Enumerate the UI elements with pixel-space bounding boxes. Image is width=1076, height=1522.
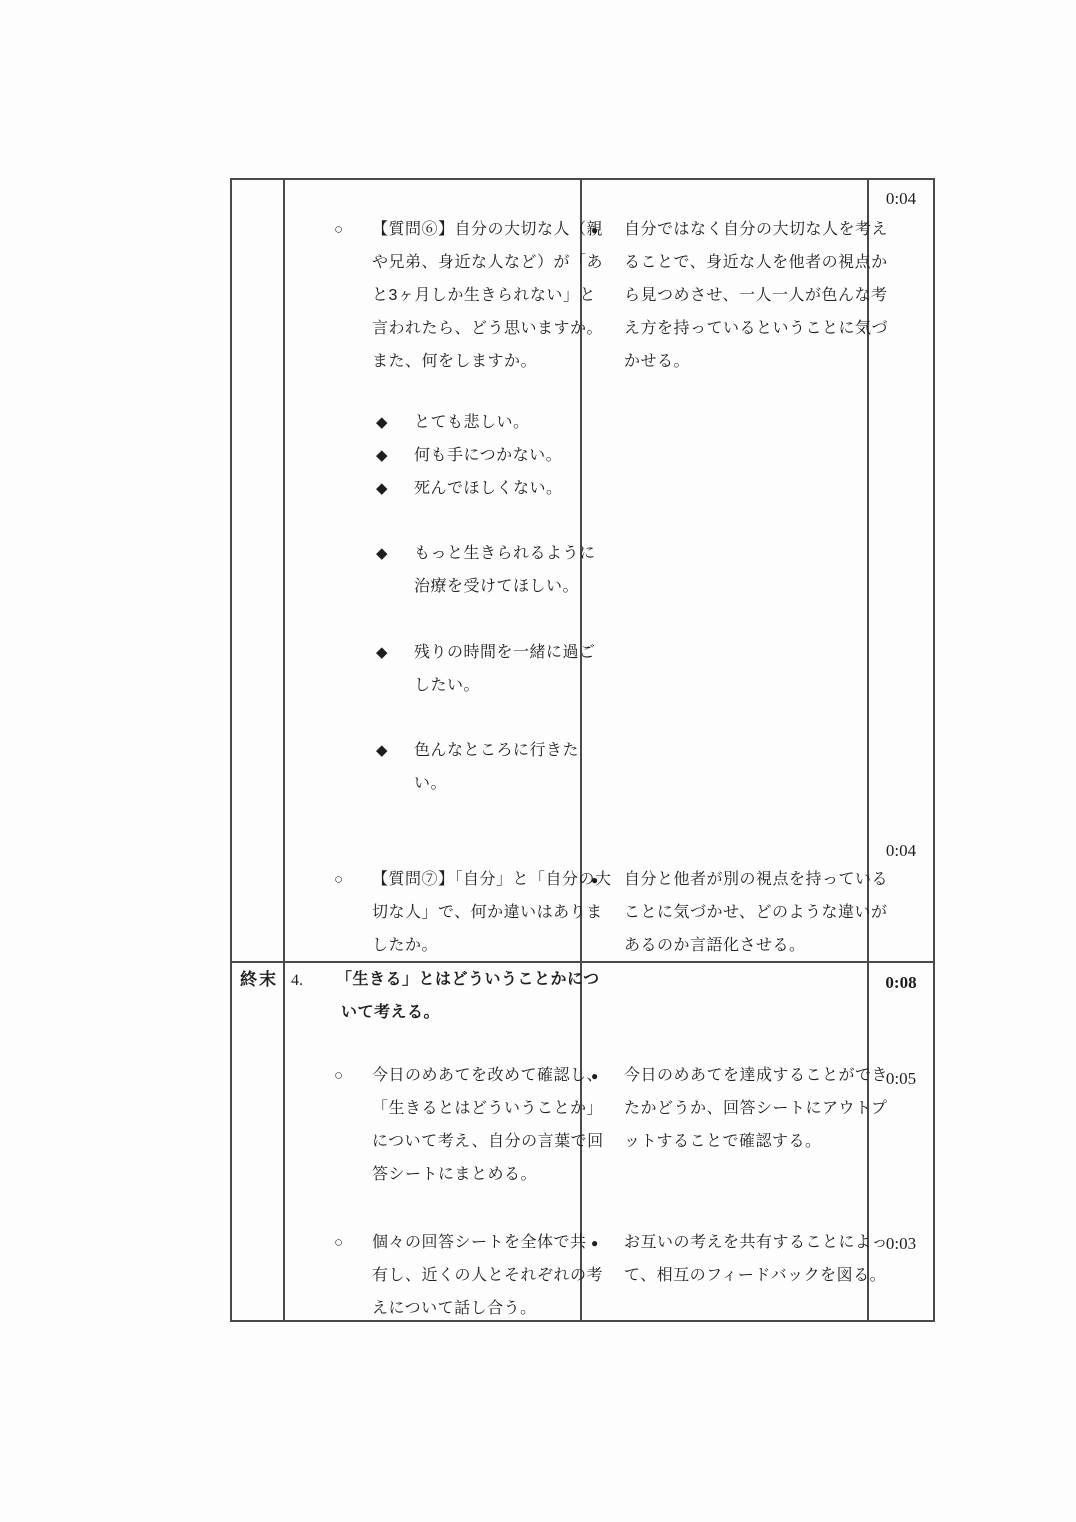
closing-item1-line: 答シートにまとめる。 — [372, 1165, 537, 1185]
support-note7-line: 自分と他者が別の視点を持っている — [624, 870, 888, 890]
question7-text-line: 切な人」で、何か違いはありま — [372, 903, 603, 923]
closing-note1-line: たかどうか、回答シートにアウトプ — [624, 1099, 888, 1119]
column-divider-time — [867, 178, 869, 1322]
circle-bullet-icon: ○ — [334, 870, 344, 890]
support-note7-line: ことに気づかせ、どのような違いが — [624, 903, 888, 923]
column-divider-stage — [283, 178, 285, 1322]
closing-note1-line: ットすることで確認する。 — [624, 1132, 822, 1152]
dot-bullet-icon: ● — [591, 220, 599, 240]
time-badge: 0:08 — [867, 973, 935, 993]
question6-text-line: と3ヶ月しか生きられない」と — [372, 286, 596, 306]
closing-heading-line: 「生きる」とはどういうことかにつ — [336, 970, 600, 990]
diamond-bullet-icon: ◆ — [376, 544, 388, 564]
dot-bullet-icon: ● — [591, 1233, 599, 1253]
closing-item2-line: 有し、近くの人とそれぞれの考 — [372, 1266, 603, 1286]
dot-bullet-icon: ● — [591, 1066, 599, 1086]
time-badge: 0:05 — [867, 1069, 935, 1089]
circle-bullet-icon: ○ — [334, 1066, 344, 1086]
diamond-bullet-icon: ◆ — [376, 479, 388, 499]
lesson-plan-page: ○ 【質問⑥】自分の大切な人（親 や兄弟、身近な人など）が「あ と3ヶ月しか生き… — [0, 0, 1076, 1522]
closing-heading-line: いて考える。 — [341, 1003, 440, 1023]
answer-line: もっと生きられるように — [414, 544, 596, 564]
answer-line: い。 — [414, 774, 447, 794]
diamond-bullet-icon: ◆ — [376, 413, 388, 433]
stage-label: 終末 — [240, 970, 278, 990]
closing-note2-line: お互いの考えを共有することによっ — [624, 1233, 888, 1253]
support-note6-line: ら見つめさせ、一人一人が色んな考 — [624, 286, 888, 306]
closing-note2-line: て、相互のフィードバックを図る。 — [624, 1266, 886, 1286]
closing-item2-line: えについて話し合う。 — [372, 1299, 537, 1319]
diamond-bullet-icon: ◆ — [376, 446, 388, 466]
support-note7-line: あるのか言語化させる。 — [624, 936, 806, 956]
item-number: 4. — [291, 971, 303, 991]
question6-text-line: また、何をしますか。 — [372, 352, 537, 372]
circle-bullet-icon: ○ — [334, 220, 344, 240]
question6-text-line: 言われたら、どう思いますか。 — [372, 319, 603, 339]
question7-text-line: 【質問⑦】「自分」と「自分の大 — [372, 870, 612, 890]
answer-line: 死んでほしくない。 — [414, 479, 563, 499]
row-divider-closing — [230, 961, 935, 963]
question6-text-line: や兄弟、身近な人など）が「あ — [372, 253, 603, 273]
diamond-bullet-icon: ◆ — [376, 643, 388, 663]
closing-item1-line: 「生きるとはどういうことか」 — [372, 1099, 603, 1119]
time-badge: 0:04 — [867, 841, 935, 861]
closing-item2-line: 個々の回答シートを全体で共 — [372, 1233, 587, 1253]
answer-line: したい。 — [414, 676, 480, 696]
answer-line: 何も手につかない。 — [414, 446, 562, 466]
closing-note1-line: 今日のめあてを達成することができ — [624, 1066, 888, 1086]
answer-line: 残りの時間を一緒に過ご — [414, 643, 596, 663]
support-note6-line: ることで、身近な人を他者の視点か — [624, 253, 888, 273]
closing-item1-line: 今日のめあてを改めて確認し、 — [372, 1066, 603, 1086]
dot-bullet-icon: ● — [591, 870, 599, 890]
diamond-bullet-icon: ◆ — [376, 741, 388, 761]
answer-line: 色んなところに行きた — [414, 741, 579, 761]
question7-text-line: したか。 — [372, 936, 438, 956]
answer-line: 治療を受けてほしい。 — [414, 577, 579, 597]
support-note6-line: え方を持っているということに気づ — [624, 319, 888, 339]
time-badge: 0:03 — [867, 1234, 935, 1254]
question6-text-line: 【質問⑥】自分の大切な人（親 — [372, 220, 603, 240]
support-note6-line: 自分ではなく自分の大切な人を考え — [624, 220, 888, 240]
answer-line: とても悲しい。 — [414, 413, 530, 433]
support-note6-line: かせる。 — [624, 352, 690, 372]
time-badge: 0:04 — [867, 189, 935, 209]
closing-item1-line: について考え、自分の言葉で回 — [372, 1132, 604, 1152]
circle-bullet-icon: ○ — [334, 1233, 344, 1253]
